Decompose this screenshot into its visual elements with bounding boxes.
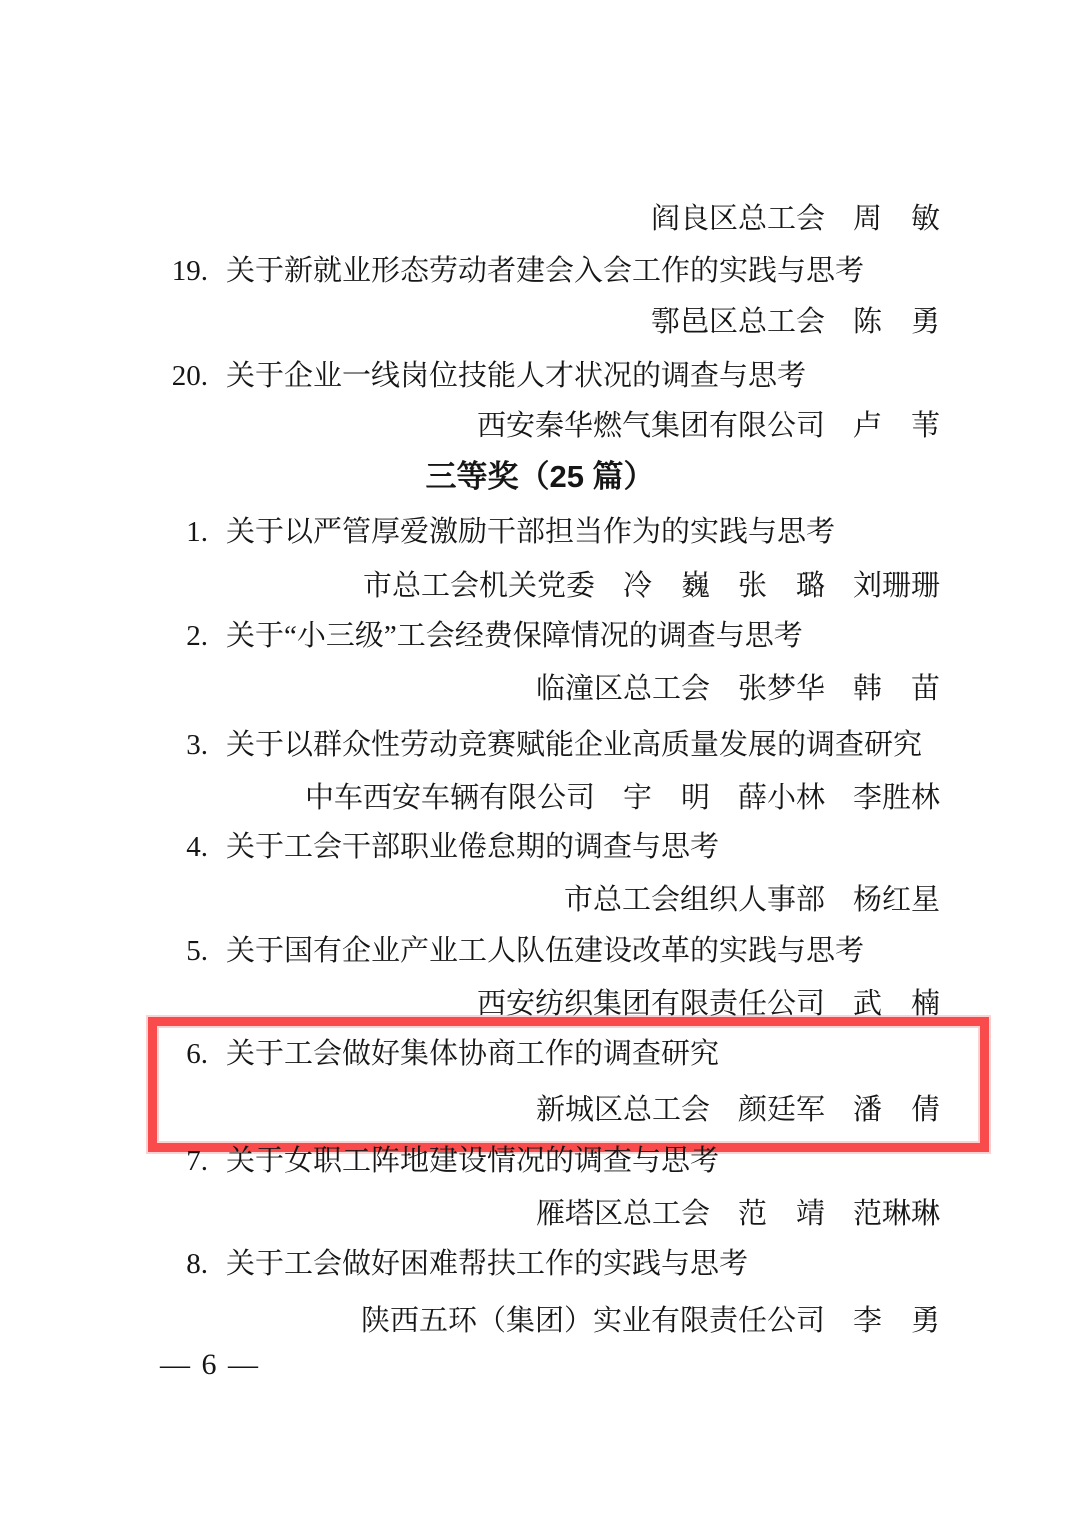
author-name: 韩 苗 [853,673,940,705]
entry-number: 2. [168,618,208,654]
author-name: 李 勇 [853,1305,940,1337]
author-name: 薛小林 [738,782,825,814]
entry-19-byline: 鄠邑区总工会陈 勇 [0,304,1080,340]
entry-title-text: 关于企业一线岗位技能人才状况的调查与思考 [226,360,806,392]
organization: 市总工会组织人事部 [564,884,825,916]
entry-3-byline: 中车西安车辆有限公司宇 明薛小林李胜林 [0,780,1080,816]
organization: 阎良区总工会 [651,203,825,235]
entry-number: 19. [168,253,208,289]
byline-carryover: 阎良区总工会周 敏 [0,201,1080,237]
entry-title-text: 关于工会做好集体协商工作的调查研究 [226,1038,719,1070]
entry-2-title: 2.关于“小三级”工会经费保障情况的调查与思考 [0,618,1080,654]
author-name: 冷 巍 [623,570,710,602]
entry-7-byline: 雁塔区总工会范 靖范琳琳 [0,1196,1080,1232]
entry-title-text: 关于以群众性劳动竞赛赋能企业高质量发展的调查研究 [226,729,922,761]
entry-5-title: 5.关于国有企业产业工人队伍建设改革的实践与思考 [0,933,1080,969]
entry-number: 5. [168,933,208,969]
entry-number: 8. [168,1246,208,1282]
entry-title-text: 关于以严管厚爱激励干部担当作为的实践与思考 [226,516,835,548]
entry-title-text: 关于“小三级”工会经费保障情况的调查与思考 [226,620,803,652]
author-name: 周 敏 [853,203,940,235]
page-number: — 6 — [160,1348,258,1382]
organization: 中车西安车辆有限公司 [305,782,595,814]
entry-number: 3. [168,727,208,763]
entry-title-text: 关于工会做好困难帮扶工作的实践与思考 [226,1248,748,1280]
organization: 西安秦华燃气集团有限公司 [477,410,825,442]
entry-8-byline: 陕西五环（集团）实业有限责任公司李 勇 [0,1303,1080,1339]
author-name: 陈 勇 [853,306,940,338]
organization: 鄠邑区总工会 [651,306,825,338]
author-name: 张梦华 [738,673,825,705]
organization: 陕西五环（集团）实业有限责任公司 [361,1305,825,1337]
entry-8-title: 8.关于工会做好困难帮扶工作的实践与思考 [0,1246,1080,1282]
entry-4-title: 4.关于工会干部职业倦怠期的调查与思考 [0,829,1080,865]
author-name: 范琳琳 [853,1198,940,1230]
organization: 雁塔区总工会 [536,1198,710,1230]
entry-6-byline: 新城区总工会颜廷军潘 倩 [0,1092,1080,1128]
author-name: 武 楠 [853,988,940,1020]
document-page: 阎良区总工会周 敏 19.关于新就业形态劳动者建会入会工作的实践与思考 鄠邑区总… [0,0,1080,1527]
entry-5-byline: 西安纺织集团有限责任公司武 楠 [0,986,1080,1022]
entry-number: 6. [168,1036,208,1072]
entry-6-title: 6.关于工会做好集体协商工作的调查研究 [0,1036,1080,1072]
author-name: 宇 明 [623,782,710,814]
entry-title-text: 关于工会干部职业倦怠期的调查与思考 [226,831,719,863]
author-name: 李胜林 [853,782,940,814]
author-name: 刘珊珊 [853,570,940,602]
entry-4-byline: 市总工会组织人事部杨红星 [0,882,1080,918]
entry-20-byline: 西安秦华燃气集团有限公司卢 苇 [0,408,1080,444]
entry-1-title: 1.关于以严管厚爱激励干部担当作为的实践与思考 [0,514,1080,550]
section-heading: 三等奖（25 篇） [0,459,1080,495]
entry-number: 1. [168,514,208,550]
entry-2-byline: 临潼区总工会张梦华韩 苗 [0,671,1080,707]
author-name: 颜廷军 [738,1094,825,1126]
author-name: 杨红星 [853,884,940,916]
author-name: 卢 苇 [853,410,940,442]
organization: 市总工会机关党委 [363,570,595,602]
entry-7-title: 7.关于女职工阵地建设情况的调查与思考 [0,1143,1080,1179]
author-name: 范 靖 [738,1198,825,1230]
entry-19-title: 19.关于新就业形态劳动者建会入会工作的实践与思考 [0,253,1080,289]
organization: 新城区总工会 [536,1094,710,1126]
entry-20-title: 20.关于企业一线岗位技能人才状况的调查与思考 [0,358,1080,394]
entry-number: 20. [168,358,208,394]
author-name: 潘 倩 [853,1094,940,1126]
entry-title-text: 关于国有企业产业工人队伍建设改革的实践与思考 [226,935,864,967]
entry-1-byline: 市总工会机关党委冷 巍张 璐刘珊珊 [0,568,1080,604]
entry-number: 7. [168,1143,208,1179]
organization: 临潼区总工会 [536,673,710,705]
entry-3-title: 3.关于以群众性劳动竞赛赋能企业高质量发展的调查研究 [0,727,1080,763]
author-name: 张 璐 [738,570,825,602]
organization: 西安纺织集团有限责任公司 [477,988,825,1020]
entry-number: 4. [168,829,208,865]
entry-title-text: 关于女职工阵地建设情况的调查与思考 [226,1145,719,1177]
entry-title-text: 关于新就业形态劳动者建会入会工作的实践与思考 [226,255,864,287]
